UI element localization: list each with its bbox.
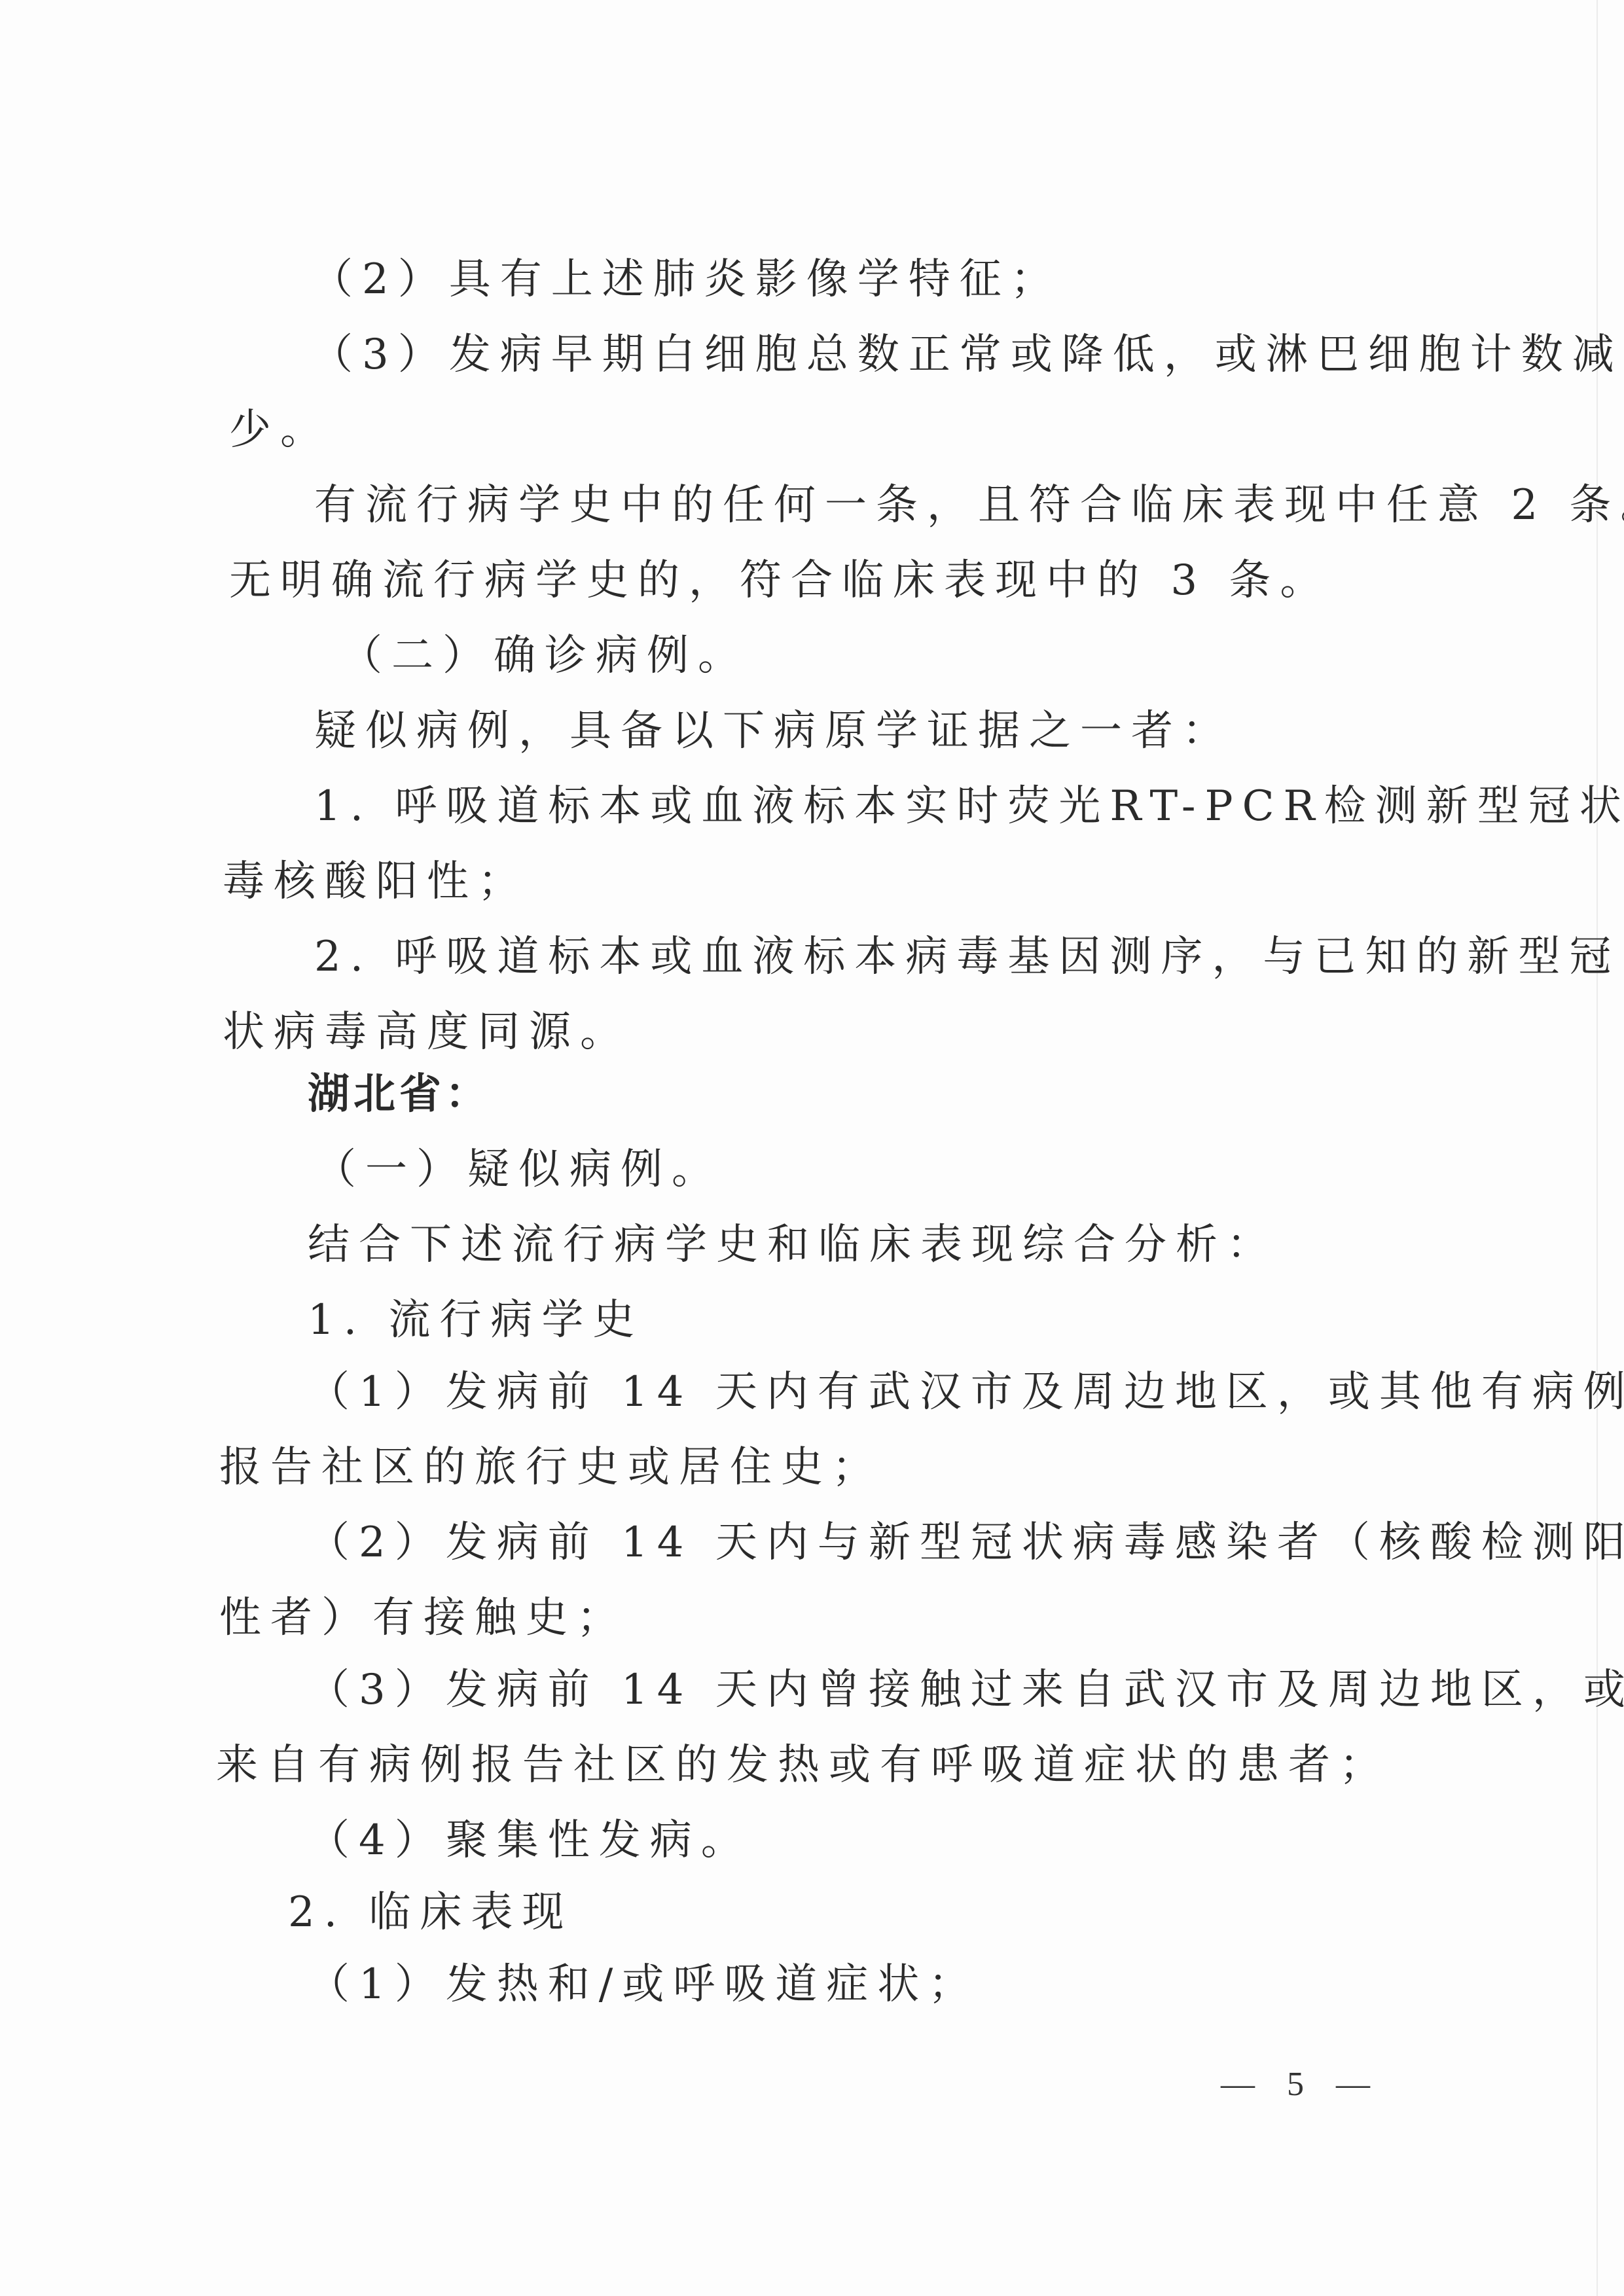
- text-line: （1）发热和/或呼吸道症状；: [308, 1964, 979, 2005]
- text-line: 有流行病学史中的任何一条，且符合临床表现中任意 2 条。: [314, 484, 1624, 526]
- text-line: 状病毒高度同源。: [223, 1011, 631, 1053]
- text-line: 来自有病例报告社区的发热或有呼吸道症状的患者；: [216, 1744, 1390, 1786]
- text-line: 报告社区的旅行史或居住史；: [219, 1446, 883, 1488]
- text-line: （2）具有上述肺炎影像学特征；: [311, 259, 1062, 300]
- text-line: （3）发病前 14 天内曾接触过来自武汉市及周边地区，或: [308, 1669, 1624, 1711]
- subsection-heading: 2. 临床表现: [288, 1892, 573, 1933]
- text-line: 无明确流行病学史的，符合临床表现中的 3 条。: [229, 560, 1331, 601]
- section-heading: （二）确诊病例。: [340, 635, 749, 677]
- region-heading: 湖北省：: [308, 1073, 491, 1115]
- text-line: 1. 呼吸道标本或血液标本实时荧光RT-PCR检测新型冠状病: [314, 785, 1624, 827]
- text-line: 结合下述流行病学史和临床表现综合分析：: [308, 1224, 1278, 1266]
- text-line: （3）发病早期白细胞总数正常或降低，或淋巴细胞计数减: [311, 334, 1623, 376]
- text-line: 少。: [229, 409, 331, 451]
- text-line: 2. 呼吸道标本或血液标本病毒基因测序，与已知的新型冠: [314, 936, 1620, 978]
- subsection-heading: 1. 流行病学史: [308, 1299, 643, 1341]
- text-line: 毒核酸阳性；: [223, 861, 529, 903]
- text-line: 性者）有接触史；: [219, 1597, 628, 1639]
- text-line: （2）发病前 14 天内与新型冠状病毒感染者（核酸检测阳: [308, 1522, 1624, 1564]
- text-line: （1）发病前 14 天内有武汉市及周边地区，或其他有病例: [308, 1371, 1624, 1413]
- section-heading: （一）疑似病例。: [314, 1149, 723, 1191]
- page-number: — 5 —: [1221, 2065, 1382, 2104]
- text-line: 疑似病例，具备以下病原学证据之一者：: [314, 710, 1233, 752]
- text-line: （4）聚集性发病。: [308, 1820, 752, 1861]
- document-page: （2）具有上述肺炎影像学特征； （3）发病早期白细胞总数正常或降低，或淋巴细胞计…: [0, 0, 1624, 2296]
